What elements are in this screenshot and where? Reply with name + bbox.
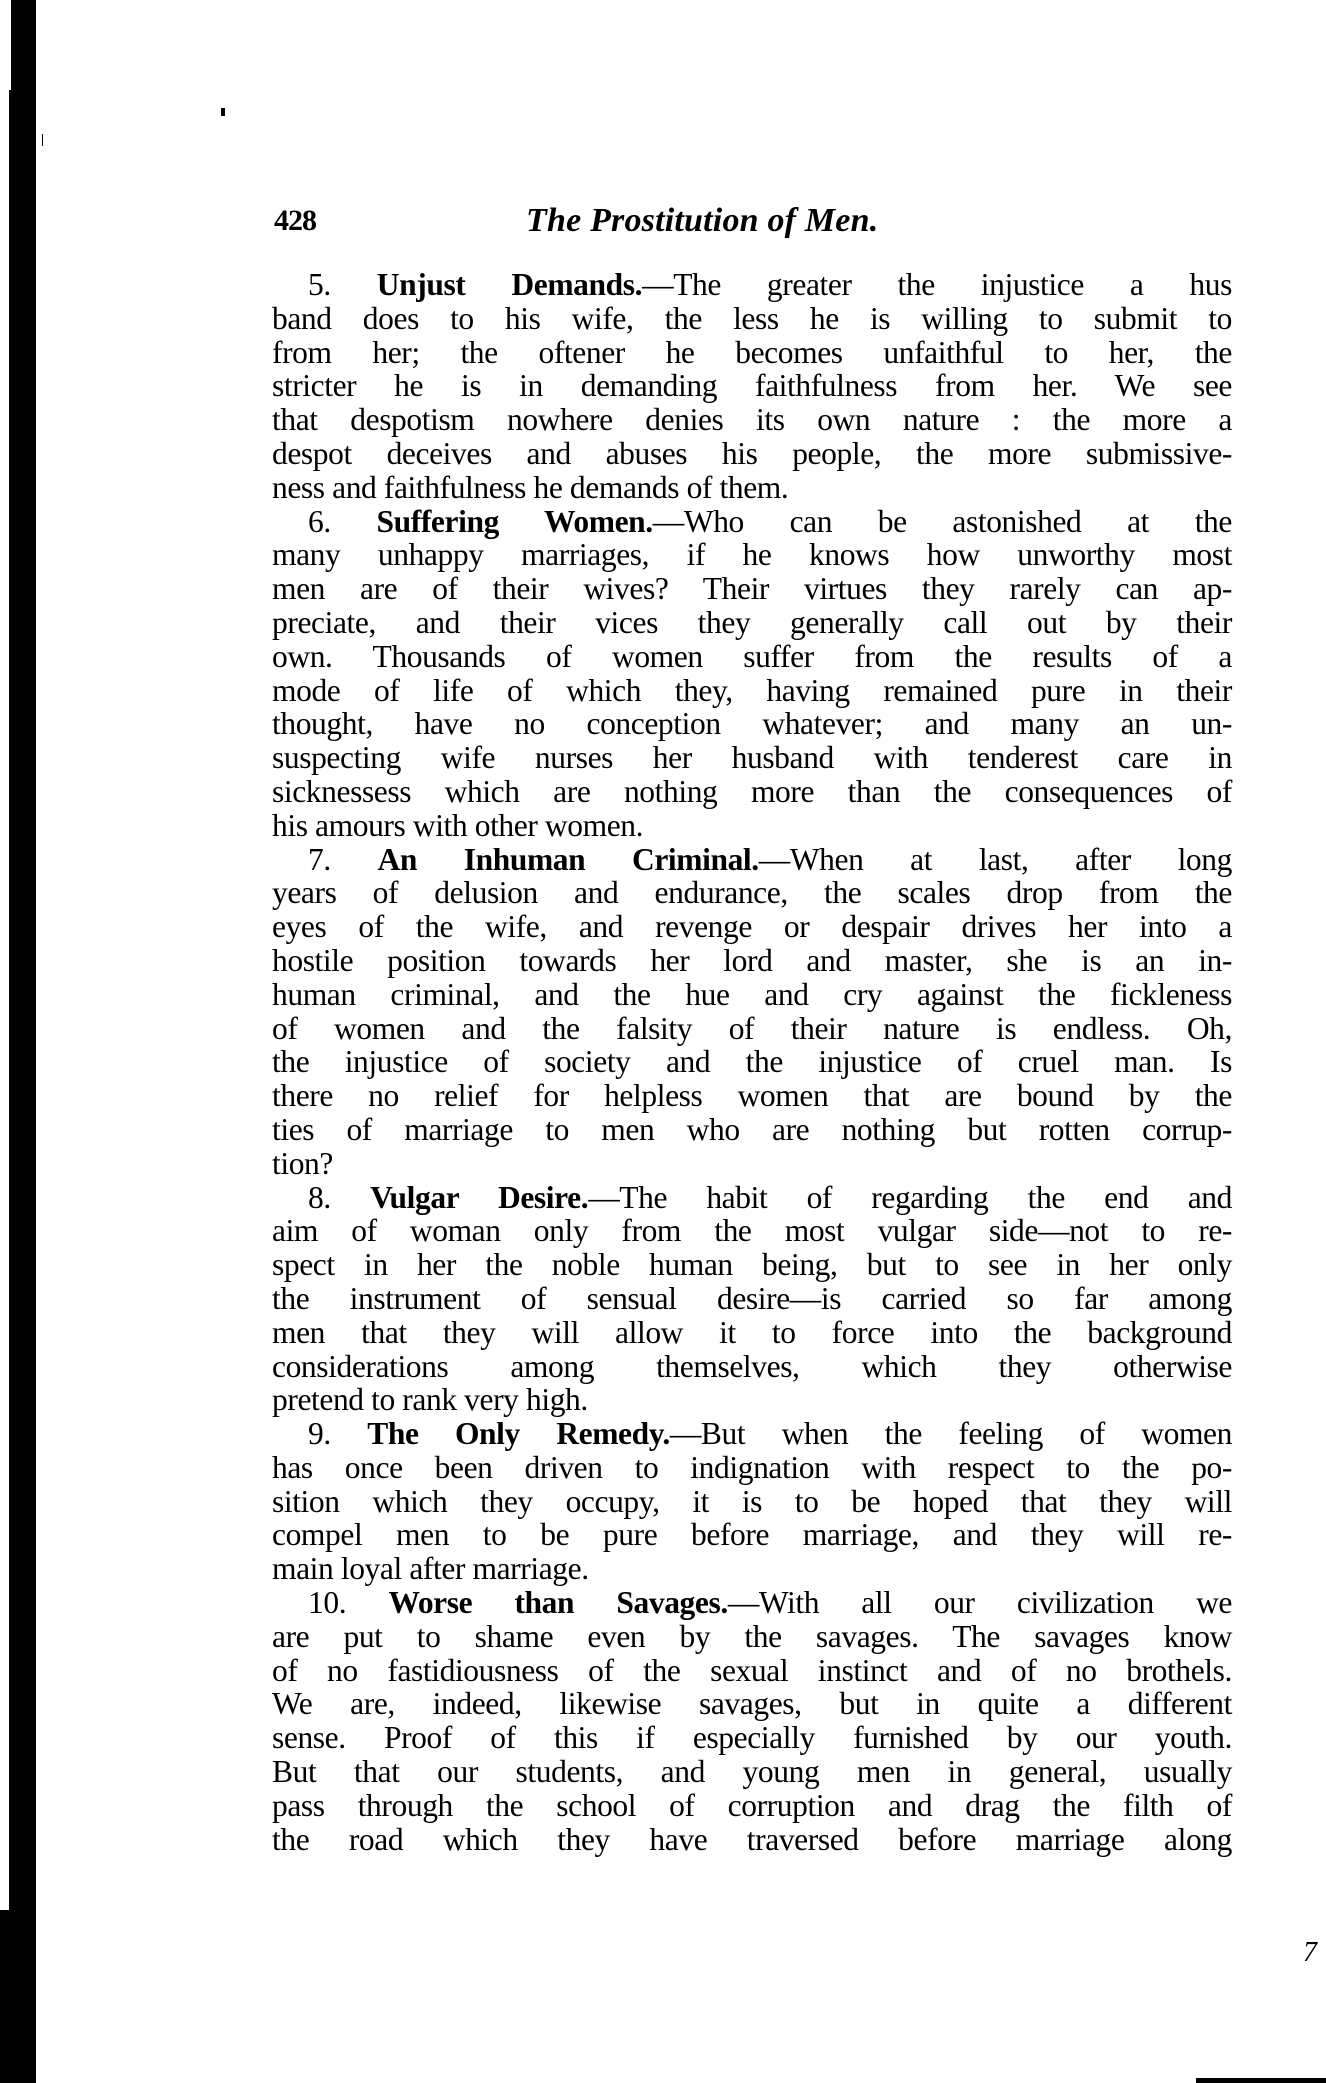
text-line: thought, have no conception whatever; an…	[272, 707, 1232, 741]
text-line: main loyal after marriage.	[272, 1552, 1232, 1586]
section-8: 8. Vulgar Desire.—The habit of regarding…	[272, 1181, 1232, 1418]
text-line: —Who can be astonished at the	[653, 504, 1232, 539]
text-line: his amours with other women.	[272, 809, 1232, 843]
text-line: eyes of the wife, and revenge or despair…	[272, 910, 1232, 944]
text-line: many unhappy marriages, if he knows how …	[272, 538, 1232, 572]
text-line: the road which they have traversed befor…	[272, 1823, 1232, 1857]
section-heading: Worse than Savages.	[388, 1585, 727, 1620]
running-title: The Prostitution of Men.	[526, 202, 878, 240]
section-number: 6.	[308, 504, 331, 539]
section-number: 10.	[308, 1585, 346, 1620]
text-line: suspecting wife nurses her husband with …	[272, 741, 1232, 775]
text-line: are put to shame even by the savages. Th…	[272, 1620, 1232, 1654]
text-line: ties of marriage to men who are nothing …	[272, 1113, 1232, 1147]
text-line: mode of life of which they, having remai…	[272, 674, 1232, 708]
text-line: pass through the school of corruption an…	[272, 1789, 1232, 1823]
body-text: 5. Unjust Demands.—The greater the injus…	[272, 268, 1232, 1856]
text-line: —But when the feeling of women	[670, 1416, 1232, 1451]
text-line: aim of woman only from the most vulgar s…	[272, 1214, 1232, 1248]
text-line: —The habit of regarding the end and	[588, 1180, 1232, 1215]
text-line: pretend to rank very high.	[272, 1383, 1232, 1417]
text-line: ness and faithfulness he demands of them…	[272, 471, 1232, 505]
text-line: spect in her the noble human being, but …	[272, 1248, 1232, 1282]
section-10: 10. Worse than Savages.—With all our civ…	[272, 1586, 1232, 1856]
text-line: of no fastidiousness of the sexual insti…	[272, 1654, 1232, 1688]
text-line: —When at last, after long	[759, 842, 1232, 877]
text-line: stricter he is in demanding faithfulness…	[272, 369, 1232, 403]
text-line: of women and the falsity of their nature…	[272, 1012, 1232, 1046]
text-line: We are, indeed, likewise savages, but in…	[272, 1687, 1232, 1721]
section-6: 6. Suffering Women.—Who can be astonishe…	[272, 505, 1232, 843]
text-line: tion?	[272, 1147, 1232, 1181]
scan-edge-bottom	[1196, 2078, 1326, 2083]
text-line: years of delusion and endurance, the sca…	[272, 876, 1232, 910]
scan-binding-edge	[9, 90, 36, 2083]
section-heading: Vulgar Desire.	[370, 1180, 588, 1215]
text-line: But that our students, and young men in …	[272, 1755, 1232, 1789]
text-line: human criminal, and the hue and cry agai…	[272, 978, 1232, 1012]
running-head: 428 The Prostitution of Men.	[268, 202, 1268, 246]
text-line: men are of their wives? Their virtues th…	[272, 572, 1232, 606]
section-number: 7.	[308, 842, 331, 877]
text-line: that despotism nowhere denies its own na…	[272, 403, 1232, 437]
section-heading: Unjust Demands.	[377, 267, 642, 302]
text-line: there no relief for helpless women that …	[272, 1079, 1232, 1113]
text-line: men that they will allow it to force int…	[272, 1316, 1232, 1350]
section-9: 9. The Only Remedy.—But when the feeling…	[272, 1417, 1232, 1586]
text-line: considerations among themselves, which t…	[272, 1350, 1232, 1384]
text-line: the instrument of sensual desire—is carr…	[272, 1282, 1232, 1316]
scan-speck	[221, 108, 225, 116]
text-line: own. Thousands of women suffer from the …	[272, 640, 1232, 674]
margin-pencil-mark: 7	[1303, 1937, 1317, 1969]
scan-speck	[42, 134, 43, 146]
section-heading: The Only Remedy.	[367, 1416, 670, 1451]
page-number: 428	[274, 204, 316, 238]
text-line: from her; the oftener he becomes unfaith…	[272, 336, 1232, 370]
text-line: despot deceives and abuses his people, t…	[272, 437, 1232, 471]
text-line: sicknessess which are nothing more than …	[272, 775, 1232, 809]
text-line: the injustice of society and the injusti…	[272, 1045, 1232, 1079]
text-line: compel men to be pure before marriage, a…	[272, 1518, 1232, 1552]
section-number: 5.	[308, 267, 331, 302]
text-line: preciate, and their vices they generally…	[272, 606, 1232, 640]
text-line: hostile position towards her lord and ma…	[272, 944, 1232, 978]
text-line: has once been driven to indignation with…	[272, 1451, 1232, 1485]
section-5: 5. Unjust Demands.—The greater the injus…	[272, 268, 1232, 505]
text-line: —With all our civilization we	[728, 1585, 1232, 1620]
section-number: 8.	[308, 1180, 331, 1215]
text-line: sition which they occupy, it is to be ho…	[272, 1485, 1232, 1519]
text-line: sense. Proof of this if especially furni…	[272, 1721, 1232, 1755]
text-line: —The greater the injustice a hus	[642, 267, 1232, 302]
section-7: 7. An Inhuman Criminal.—When at last, af…	[272, 843, 1232, 1181]
scan-binding-edge-bottom	[0, 1910, 36, 2083]
section-number: 9.	[308, 1416, 331, 1451]
section-heading: Suffering Women.	[377, 504, 653, 539]
section-heading: An Inhuman Criminal.	[378, 842, 759, 877]
text-line: band does to his wife, the less he is wi…	[272, 302, 1232, 336]
